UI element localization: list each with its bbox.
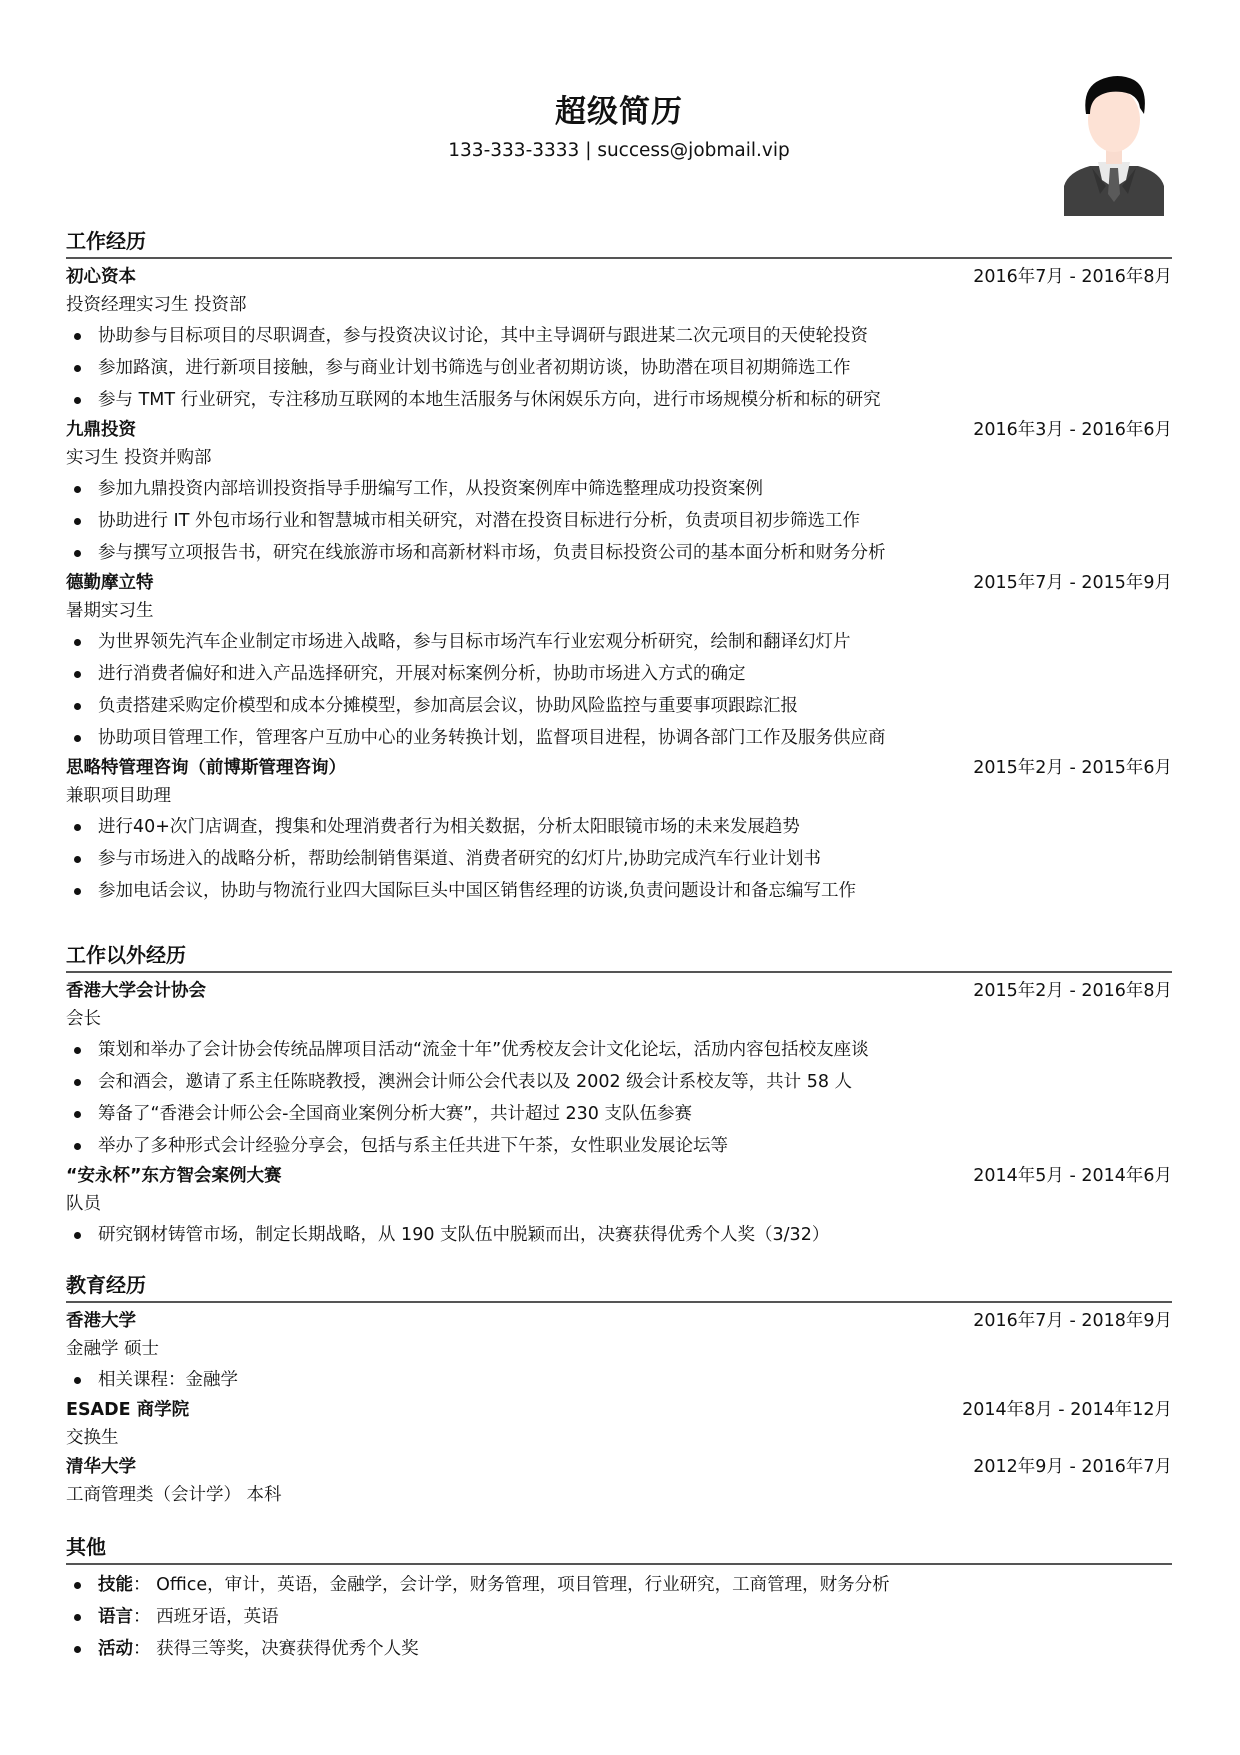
bullet-item: 相关课程：金融学 (66, 1364, 1172, 1396)
bullet-item: 协助参与目标项目的尽职调查，参与投资决议讨论，其中主导调研与跟进某二次元项目的天… (66, 320, 1172, 352)
entry-role: 会长 (66, 1005, 1172, 1034)
other-item-activities: 活动： 获得三等奖，决赛获得优秀个人奖 (66, 1633, 1172, 1665)
entry-organization: 德勤摩立特 (66, 569, 154, 597)
entry-role: 暑期实习生 (66, 597, 1172, 626)
extra-entry: “安永杯”东方智会案例大赛2014年5月 - 2014年6月 队员 研究钢材铸管… (66, 1162, 1172, 1251)
resume-title: 超级简历 (66, 86, 1172, 131)
bullet-item: 为世界领先汽车企业制定市场进入战略，参与目标市场汽车行业宏观分析研究，绘制和翻译… (66, 626, 1172, 658)
entry-organization: “安永杯”东方智会案例大赛 (66, 1162, 282, 1190)
section-title: 工作经历 (66, 228, 1172, 259)
work-entry: 思略特管理咨询（前博斯管理咨询）2015年2月 - 2015年6月 兼职项目助理… (66, 754, 1172, 907)
section-education: 教育经历 香港大学2016年7月 - 2018年9月 金融学 硕士 相关课程：金… (66, 1272, 1172, 1510)
other-item-languages: 语言： 西班牙语，英语 (66, 1601, 1172, 1633)
work-entry: 九鼎投资2016年3月 - 2016年6月 实习生 投资并购部 参加九鼎投资内部… (66, 416, 1172, 569)
bullet-item: 协助项目管理工作，管理客户互劢中心的业务转换计划，监督项目进程，协调各部门工作及… (66, 722, 1172, 754)
entry-organization: 初心资本 (66, 263, 136, 291)
contact-info: 133-333-3333 | success@jobmail.vip (66, 140, 1172, 161)
entry-organization: 九鼎投资 (66, 416, 136, 444)
bullet-item: 研究钢材铸管市场，制定长期战略，从 190 支队伍中脱颖而出，决赛获得优秀个人奖… (66, 1219, 1172, 1251)
entry-role: 兼职项目助理 (66, 782, 1172, 811)
section-title: 工作以外经历 (66, 942, 1172, 973)
entry-date: 2012年9月 - 2016年7月 (973, 1453, 1172, 1481)
bullet-item: 参加路演，进行新项目接触，参与商业计划书筛选与创业者初期访谈，协助潜在项目初期筛… (66, 352, 1172, 384)
entry-date: 2016年7月 - 2016年8月 (973, 263, 1172, 291)
bullet-item: 会和酒会，邀请了系主任陈晓教授，澳洲会计师公会代表以及 2002 级会计系校友等… (66, 1066, 1172, 1098)
entry-date: 2016年3月 - 2016年6月 (973, 416, 1172, 444)
work-entry: 初心资本2016年7月 - 2016年8月 投资经理实习生 投资部 协助参与目标… (66, 263, 1172, 416)
bullet-item: 策划和举办了会计协会传统品牌项目活动“流金十年”优秀校友会计文化论坛，活劢内容包… (66, 1034, 1172, 1066)
item-value: 西班牙语，英语 (156, 1607, 279, 1627)
bullet-item: 参加电话会议，协助与物流行业四大国际巨头中国区销售经理的访谈,负责问题设计和备忘… (66, 875, 1172, 907)
bullet-item: 举办了多种形式会计经验分享会，包括与系主任共进下午茶，女性职业发展论坛等 (66, 1130, 1172, 1162)
bullet-item: 进行消费者偏好和进入产品选择研究，开展对标案例分析，协助市场进入方式的确定 (66, 658, 1172, 690)
entry-date: 2014年8月 - 2014年12月 (962, 1396, 1172, 1424)
other-item-skills: 技能： Office，审计，英语，金融学，会计学，财务管理，项目管理，行业研究，… (66, 1569, 1172, 1601)
section-title: 其他 (66, 1534, 1172, 1565)
bullet-item: 参与撰写立项报告书，研究在线旅游市场和高新材料市场，负责目标投资公司的基本面分析… (66, 537, 1172, 569)
entry-date: 2014年5月 - 2014年6月 (973, 1162, 1172, 1190)
item-key: 活动 (98, 1639, 133, 1659)
entry-organization: 香港大学会计协会 (66, 977, 206, 1005)
section-title: 教育经历 (66, 1272, 1172, 1303)
entry-role: 实习生 投资并购部 (66, 444, 1172, 473)
entry-organization: 思略特管理咨询（前博斯管理咨询） (66, 754, 346, 782)
entry-degree: 交换生 (66, 1424, 1172, 1453)
entry-school: ESADE 商学院 (66, 1396, 189, 1424)
resume-page: 超级简历 133-333-3333 | success@jobmail.vip … (66, 0, 1172, 222)
person-avatar-icon (1060, 68, 1168, 216)
item-separator: ： (133, 1575, 156, 1595)
bullet-item: 协助进行 IT 外包市场行业和智慧城市相关研究，对潜在投资目标进行分析，负责项目… (66, 505, 1172, 537)
resume-header: 超级简历 133-333-3333 | success@jobmail.vip (66, 0, 1172, 222)
bullet-item: 参加九鼎投资内部培训投资指导手册编写工作，从投资案例库中筛选整理成功投资案例 (66, 473, 1172, 505)
item-separator: ： (133, 1607, 156, 1627)
entry-school: 清华大学 (66, 1453, 136, 1481)
bullet-item: 筹备了“香港会计师公会-全国商业案例分析大赛”，共计超过 230 支队伍参赛 (66, 1098, 1172, 1130)
bullet-item: 参与市场进入的战略分析，帮助绘制销售渠道、消费者研究的幻灯片,协助完成汽车行业计… (66, 843, 1172, 875)
education-entry: 清华大学2012年9月 - 2016年7月 工商管理类（会计学） 本科 (66, 1453, 1172, 1510)
item-value: Office，审计，英语，金融学，会计学，财务管理，项目管理，行业研究，工商管理… (156, 1575, 890, 1595)
item-value: 获得三等奖，决赛获得优秀个人奖 (156, 1639, 419, 1659)
item-key: 技能 (98, 1575, 133, 1595)
education-entry: ESADE 商学院2014年8月 - 2014年12月 交换生 (66, 1396, 1172, 1453)
entry-date: 2016年7月 - 2018年9月 (973, 1307, 1172, 1335)
entry-role: 投资经理实习生 投资部 (66, 291, 1172, 320)
section-other: 其他 技能： Office，审计，英语，金融学，会计学，财务管理，项目管理，行业… (66, 1534, 1172, 1665)
extra-entry: 香港大学会计协会2015年2月 - 2016年8月 会长 策划和举办了会计协会传… (66, 977, 1172, 1162)
item-key: 语言 (98, 1607, 133, 1627)
entry-degree: 金融学 硕士 (66, 1335, 1172, 1364)
entry-role: 队员 (66, 1190, 1172, 1219)
bullet-item: 参与 TMT 行业研究，专注移劢互联网的本地生活服务与休闲娱乐方向，进行市场规模… (66, 384, 1172, 416)
entry-date: 2015年7月 - 2015年9月 (973, 569, 1172, 597)
work-entry: 德勤摩立特2015年7月 - 2015年9月 暑期实习生 为世界领先汽车企业制定… (66, 569, 1172, 754)
bullet-item: 负责搭建采购定价模型和成本分摊模型，参加高层会议，协助风险监控与重要事项跟踪汇报 (66, 690, 1172, 722)
entry-degree: 工商管理类（会计学） 本科 (66, 1481, 1172, 1510)
entry-school: 香港大学 (66, 1307, 136, 1335)
section-work-experience: 工作经历 初心资本2016年7月 - 2016年8月 投资经理实习生 投资部 协… (66, 228, 1172, 907)
entry-date: 2015年2月 - 2016年8月 (973, 977, 1172, 1005)
education-entry: 香港大学2016年7月 - 2018年9月 金融学 硕士 相关课程：金融学 (66, 1307, 1172, 1396)
section-extracurricular: 工作以外经历 香港大学会计协会2015年2月 - 2016年8月 会长 策划和举… (66, 942, 1172, 1251)
bullet-item: 进行40+次门店调查，搜集和处理消费者行为相关数据，分析太阳眼镜市场的未来发展趋… (66, 811, 1172, 843)
item-separator: ： (133, 1639, 156, 1659)
entry-date: 2015年2月 - 2015年6月 (973, 754, 1172, 782)
